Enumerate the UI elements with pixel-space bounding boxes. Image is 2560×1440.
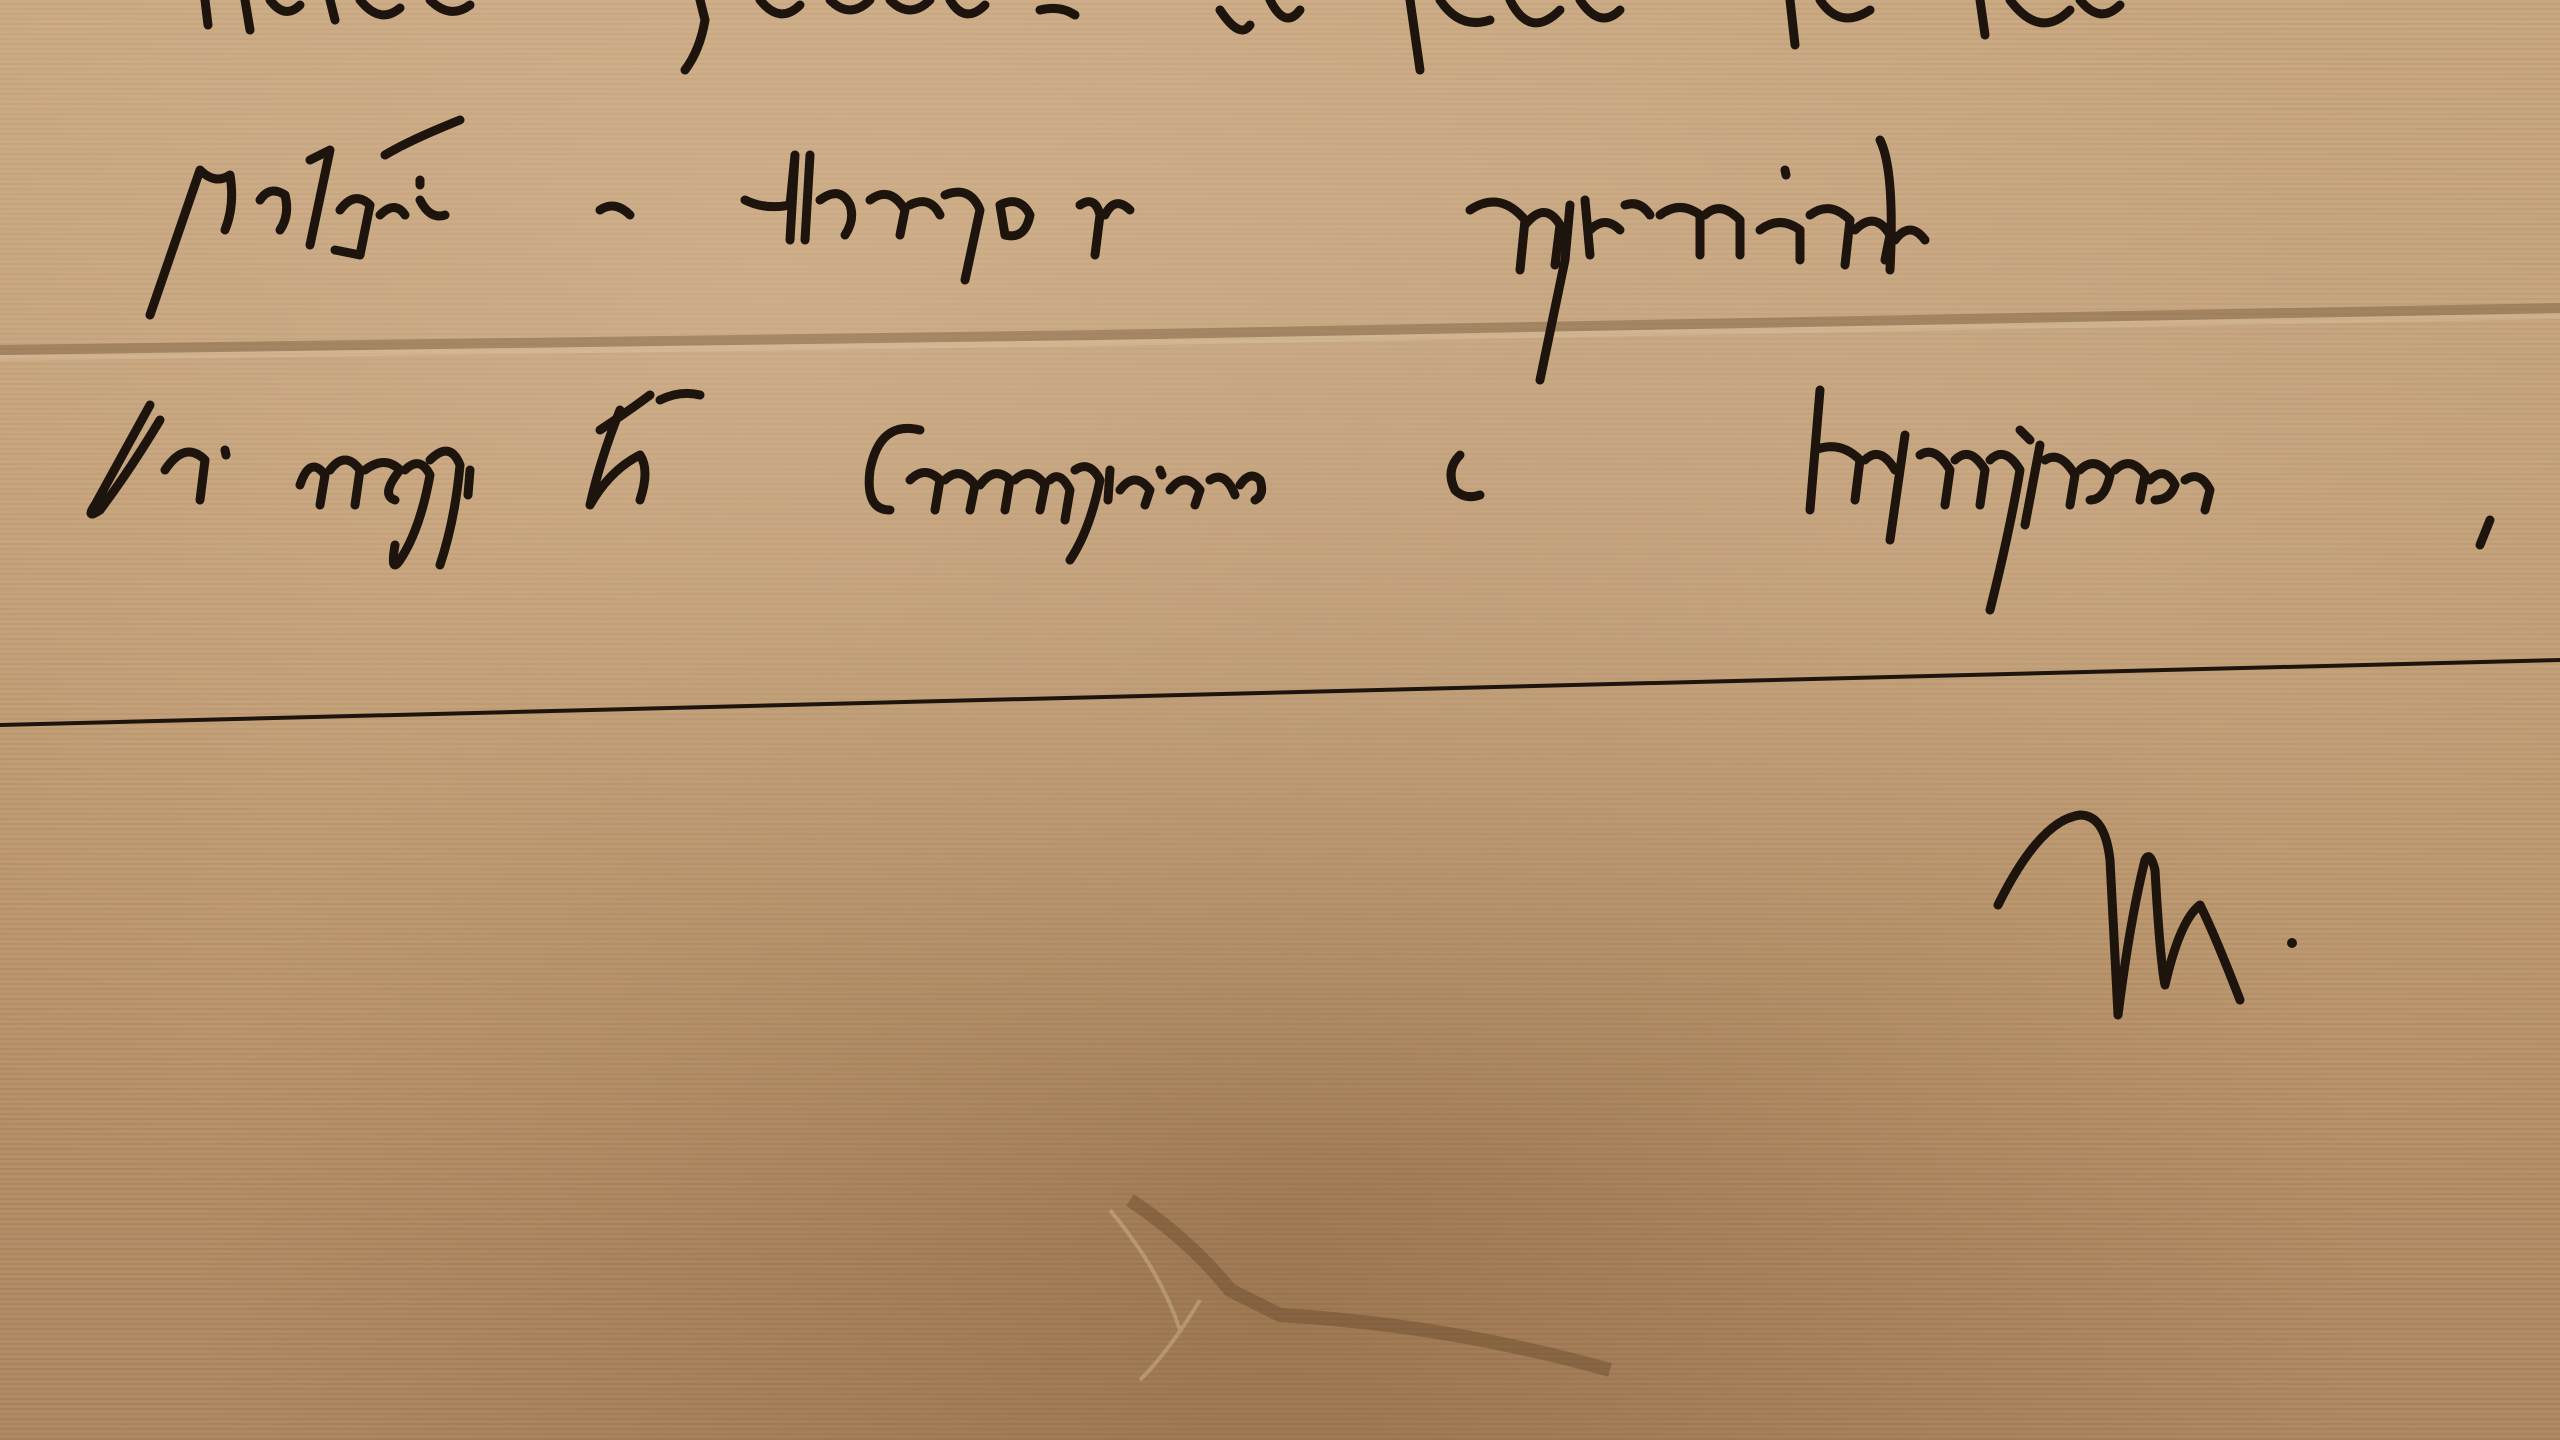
- ruled-line: [0, 640, 2560, 730]
- handwritten-line-1: [205, 0, 2120, 70]
- paper-crease: [1050, 1180, 2150, 1400]
- handwritten-line-2: [150, 120, 1925, 380]
- signature-m: [1998, 815, 2297, 1015]
- handwritten-line-3: [91, 390, 2490, 610]
